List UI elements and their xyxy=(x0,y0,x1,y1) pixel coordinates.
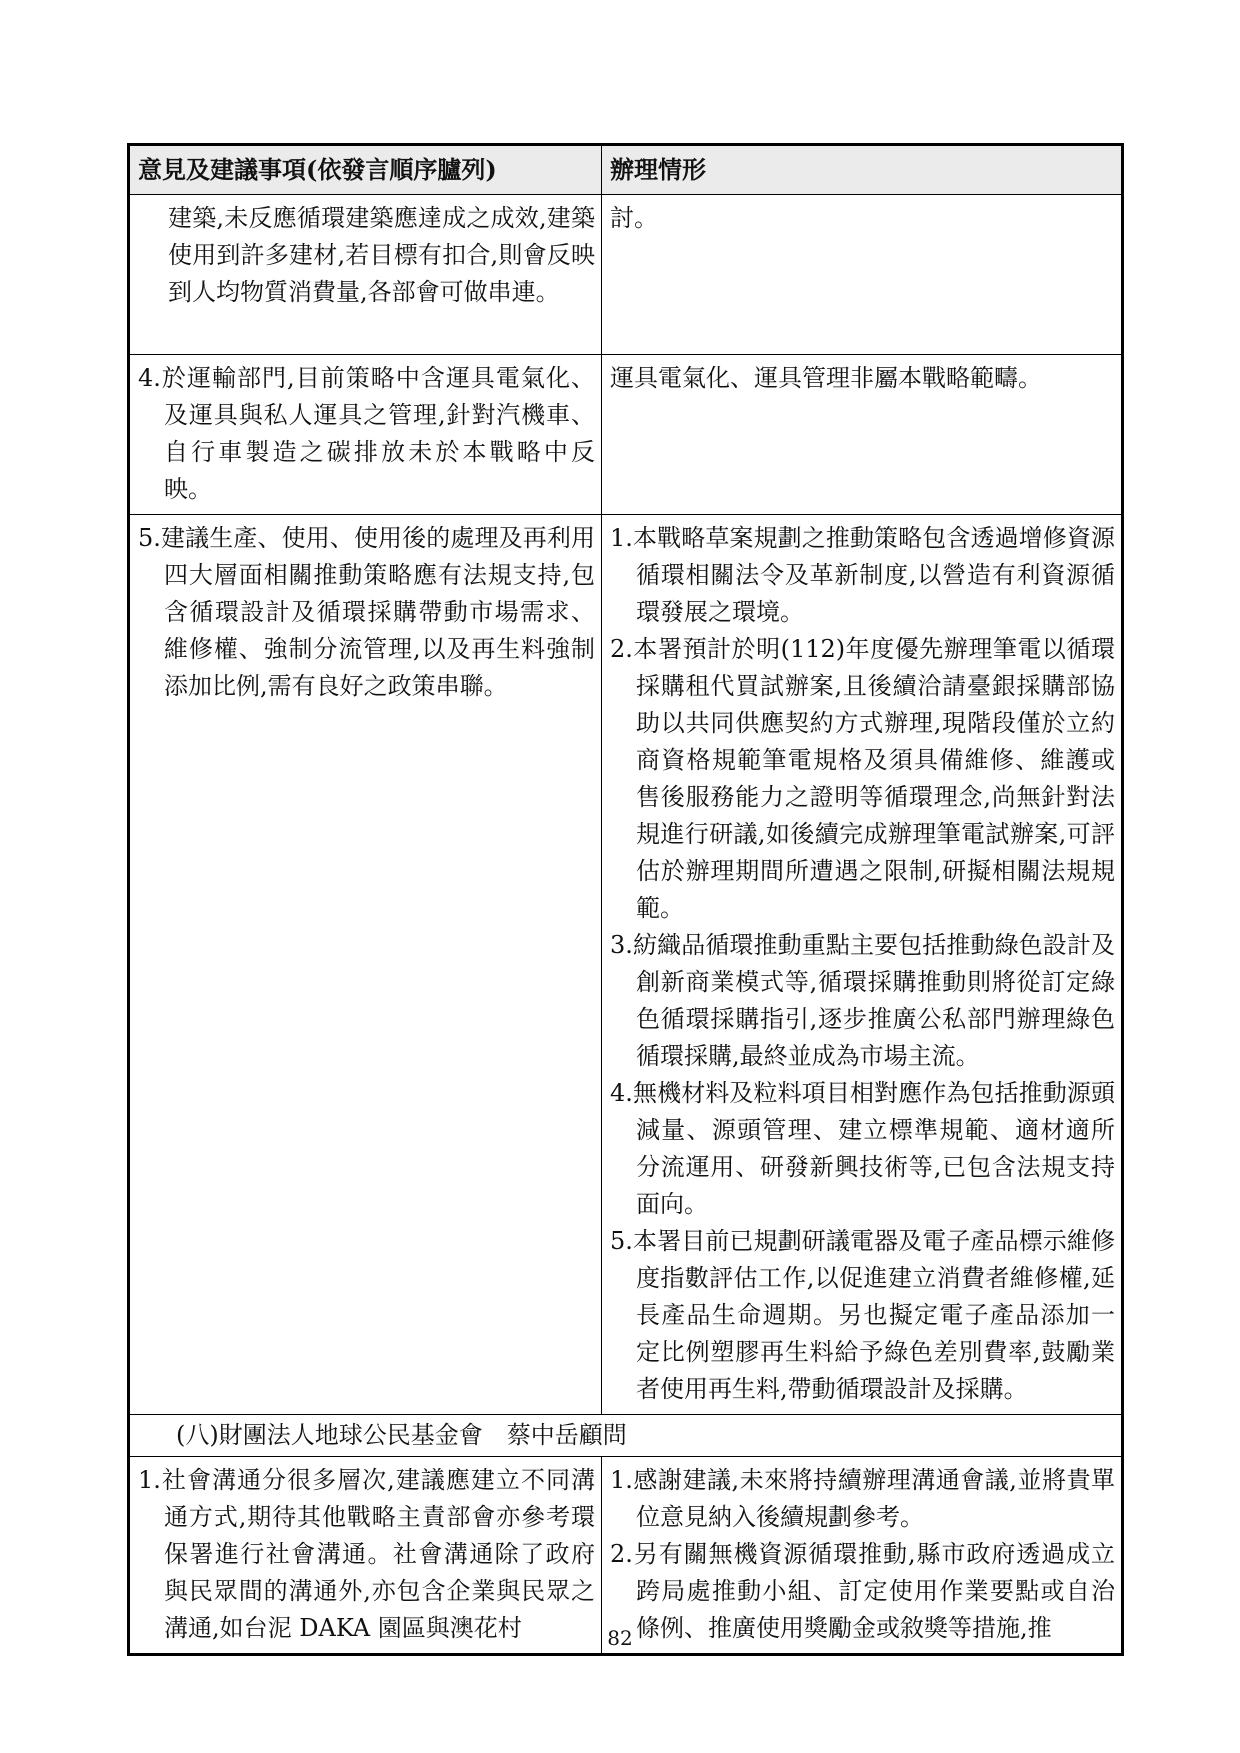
header-handling: 辦理情形 xyxy=(602,145,1123,195)
suggestion-continuation-text: 建築,未反應循環建築應達成之成效,建築使用到許多建材,若目標有扣合,則會反映到人… xyxy=(138,200,595,311)
section-heading-row: (八)財團法人地球公民基金會 蔡中岳顧問 xyxy=(129,1415,1123,1457)
handling-cell: 討。 xyxy=(602,195,1123,355)
table-row: 4.於運輸部門,目前策略中含運具電氣化、及運具與私人運具之管理,針對汽機車、自行… xyxy=(129,355,1123,515)
comments-handling-table: 意見及建議事項(依發言順序臚列) 辦理情形 建築,未反應循環建築應達成之成效,建… xyxy=(127,143,1124,1656)
handling-item-3: 3.紡織品循環推動重點主要包括推動綠色設計及創新商業模式等,循環採購推動則將從訂… xyxy=(610,927,1115,1075)
handling-continuation-text: 討。 xyxy=(610,200,1115,237)
page-number: 82 xyxy=(0,1626,1240,1650)
suggestion-item-4: 4.於運輸部門,目前策略中含運具電氣化、及運具與私人運具之管理,針對汽機車、自行… xyxy=(138,360,595,508)
suggestion-cell: 5.建議生產、使用、使用後的處理及再利用四大層面相關推動策略應有法規支持,包含循… xyxy=(129,515,602,1415)
suggestion-cell: 4.於運輸部門,目前策略中含運具電氣化、及運具與私人運具之管理,針對汽機車、自行… xyxy=(129,355,602,515)
handling-cell: 1.本戰略草案規劃之推動策略包含透過增修資源循環相關法令及革新制度,以營造有利資… xyxy=(602,515,1123,1415)
section-heading: (八)財團法人地球公民基金會 蔡中岳顧問 xyxy=(129,1415,1123,1457)
suggestion-item-5: 5.建議生產、使用、使用後的處理及再利用四大層面相關推動策略應有法規支持,包含循… xyxy=(138,520,595,705)
handling-cell: 運具電氣化、運具管理非屬本戰略範疇。 xyxy=(602,355,1123,515)
handling-item-1: 1.本戰略草案規劃之推動策略包含透過增修資源循環相關法令及革新制度,以營造有利資… xyxy=(610,520,1115,631)
suggestion-cell: 1.社會溝通分很多層次,建議應建立不同溝通方式,期待其他戰略主責部會亦參考環保署… xyxy=(129,1457,602,1655)
handling-cell: 1.感謝建議,未來將持續辦理溝通會議,並將貴單位意見納入後續規劃參考。 2.另有… xyxy=(602,1457,1123,1655)
handling-item-1: 1.感謝建議,未來將持續辦理溝通會議,並將貴單位意見納入後續規劃參考。 xyxy=(610,1462,1115,1536)
table-row: 建築,未反應循環建築應達成之成效,建築使用到許多建材,若目標有扣合,則會反映到人… xyxy=(129,195,1123,355)
table-row: 1.社會溝通分很多層次,建議應建立不同溝通方式,期待其他戰略主責部會亦參考環保署… xyxy=(129,1457,1123,1655)
table-row: 5.建議生產、使用、使用後的處理及再利用四大層面相關推動策略應有法規支持,包含循… xyxy=(129,515,1123,1415)
handling-item-5: 5.本署目前已規劃研議電器及電子產品標示維修度指數評估工作,以促進建立消費者維修… xyxy=(610,1223,1115,1408)
handling-text: 運具電氣化、運具管理非屬本戰略範疇。 xyxy=(610,360,1115,397)
handling-item-4: 4.無機材料及粒料項目相對應作為包括推動源頭減量、源頭管理、建立標準規範、適材適… xyxy=(610,1075,1115,1223)
document-page: 意見及建議事項(依發言順序臚列) 辦理情形 建築,未反應循環建築應達成之成效,建… xyxy=(127,143,1121,1656)
suggestion-item-1: 1.社會溝通分很多層次,建議應建立不同溝通方式,期待其他戰略主責部會亦參考環保署… xyxy=(138,1462,595,1647)
header-suggestions: 意見及建議事項(依發言順序臚列) xyxy=(129,145,602,195)
table-header-row: 意見及建議事項(依發言順序臚列) 辦理情形 xyxy=(129,145,1123,195)
suggestion-cell: 建築,未反應循環建築應達成之成效,建築使用到許多建材,若目標有扣合,則會反映到人… xyxy=(129,195,602,355)
handling-item-2: 2.本署預計於明(112)年度優先辦理筆電以循環採購租代買試辦案,且後續洽請臺銀… xyxy=(610,631,1115,927)
